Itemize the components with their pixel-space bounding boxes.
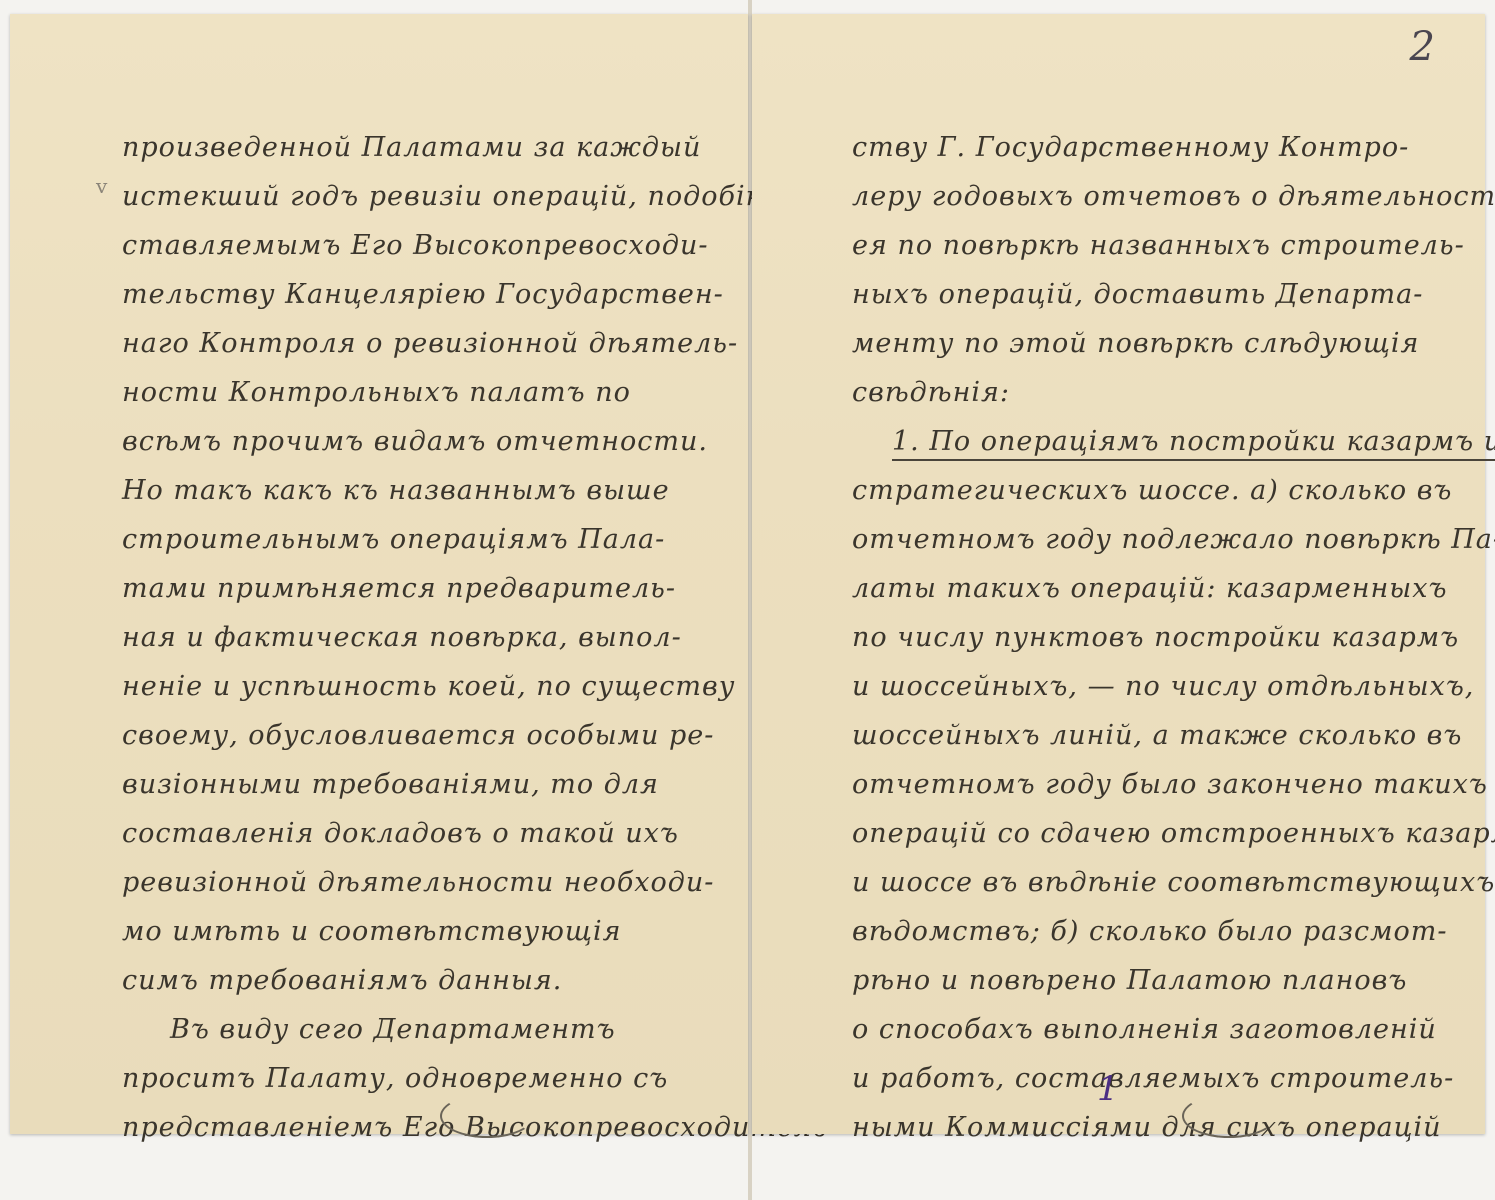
text-line: менту по этой повѣркѣ слѣдующiя (852, 328, 1419, 359)
text-line: ству Г. Государственному Контро- (852, 132, 1409, 163)
text-line: строительнымъ операцiямъ Пала- (122, 524, 665, 555)
text-line: составленiя докладовъ о такой ихъ (122, 818, 679, 849)
text-line: ея по повѣркѣ названныхъ строитель- (852, 230, 1465, 261)
text-line: всѣмъ прочимъ видамъ отчетности. (122, 426, 708, 457)
text-line: отчетномъ году подлежало повѣркѣ Па- (852, 524, 1495, 555)
text-line: операцiй со сдачею отстроенныхъ казармъ (852, 818, 1495, 849)
text-line: проситъ Палату, одновременно съ (122, 1063, 668, 1094)
right-page: 2 ству Г. Государственному Контро- леру … (752, 14, 1485, 1134)
text-line: о способахъ выполненiя заготовленiй (852, 1014, 1437, 1045)
text-line: стратегическихъ шоссе. а) сколько въ (852, 475, 1452, 506)
left-page: v произведенной Палатами за каждый истек… (10, 14, 748, 1134)
text-line: и работъ, составляемыхъ строитель- (852, 1063, 1454, 1094)
text-line: визiонными требованiями, то для (122, 769, 659, 800)
text-line: ными Коммиссiями для сихъ операцiй (852, 1112, 1442, 1143)
text-line: вѣдомствъ; б) сколько было разсмот- (852, 916, 1447, 947)
text-line: и шоссейныхъ, — по числу отдѣльныхъ, (852, 671, 1474, 702)
text-line: симъ требованiямъ данныя. (122, 965, 562, 996)
text-line: Въ виду сего Департаментъ (170, 1014, 616, 1045)
margin-check-mark: v (96, 174, 107, 198)
text-line: отчетномъ году было закончено такихъ (852, 769, 1488, 800)
text-line: тами примѣняется предваритель- (122, 573, 676, 604)
text-line: произведенной Палатами за каждый (122, 132, 701, 163)
text-line: свѣдѣнiя: (852, 377, 1010, 408)
text-line: по числу пунктовъ постройки казармъ (852, 622, 1459, 653)
text-line: ставляемымъ Его Высокопревосходи- (122, 230, 709, 261)
text-line: тельству Канцелярiею Государствен- (122, 279, 724, 310)
text-line: Но такъ какъ къ названнымъ выше (122, 475, 670, 506)
text-line: ненiе и успѣшность коей, по существу (122, 671, 735, 702)
text-line: истекший годъ ревизiи операцiй, подобiю … (122, 181, 862, 212)
flourish-decoration (1182, 1094, 1276, 1138)
text-line: латы такихъ операцiй: казарменныхъ (852, 573, 1448, 604)
ink-mark: 1 (1097, 1069, 1119, 1109)
text-line: ная и фактическая повѣрка, выпол- (122, 622, 682, 653)
text-line: ности Контрольныхъ палатъ по (122, 377, 631, 408)
text-line: леру годовыхъ отчетовъ о дѣятельности (852, 181, 1495, 212)
text-line: наго Контроля о ревизiонной дѣятель- (122, 328, 738, 359)
text-line: мо имѣть и соотвѣтствующiя (122, 916, 621, 947)
text-line: ревизiонной дѣятельности необходи- (122, 867, 714, 898)
text-line: своему, обусловливается особыми ре- (122, 720, 714, 751)
text-line: шоссейныхъ линiй, а также сколько въ (852, 720, 1462, 751)
page-number: 2 (1410, 24, 1435, 70)
text-line: рѣно и повѣрено Палатою плановъ (852, 965, 1407, 996)
flourish-decoration (440, 1094, 534, 1138)
section-heading-line: 1. По операцiямъ постройки казармъ и (892, 426, 1495, 461)
text-line: ныхъ операцiй, доставить Департа- (852, 279, 1423, 310)
text-line: и шоссе въ вѣдѣнiе соотвѣтствующихъ (852, 867, 1495, 898)
